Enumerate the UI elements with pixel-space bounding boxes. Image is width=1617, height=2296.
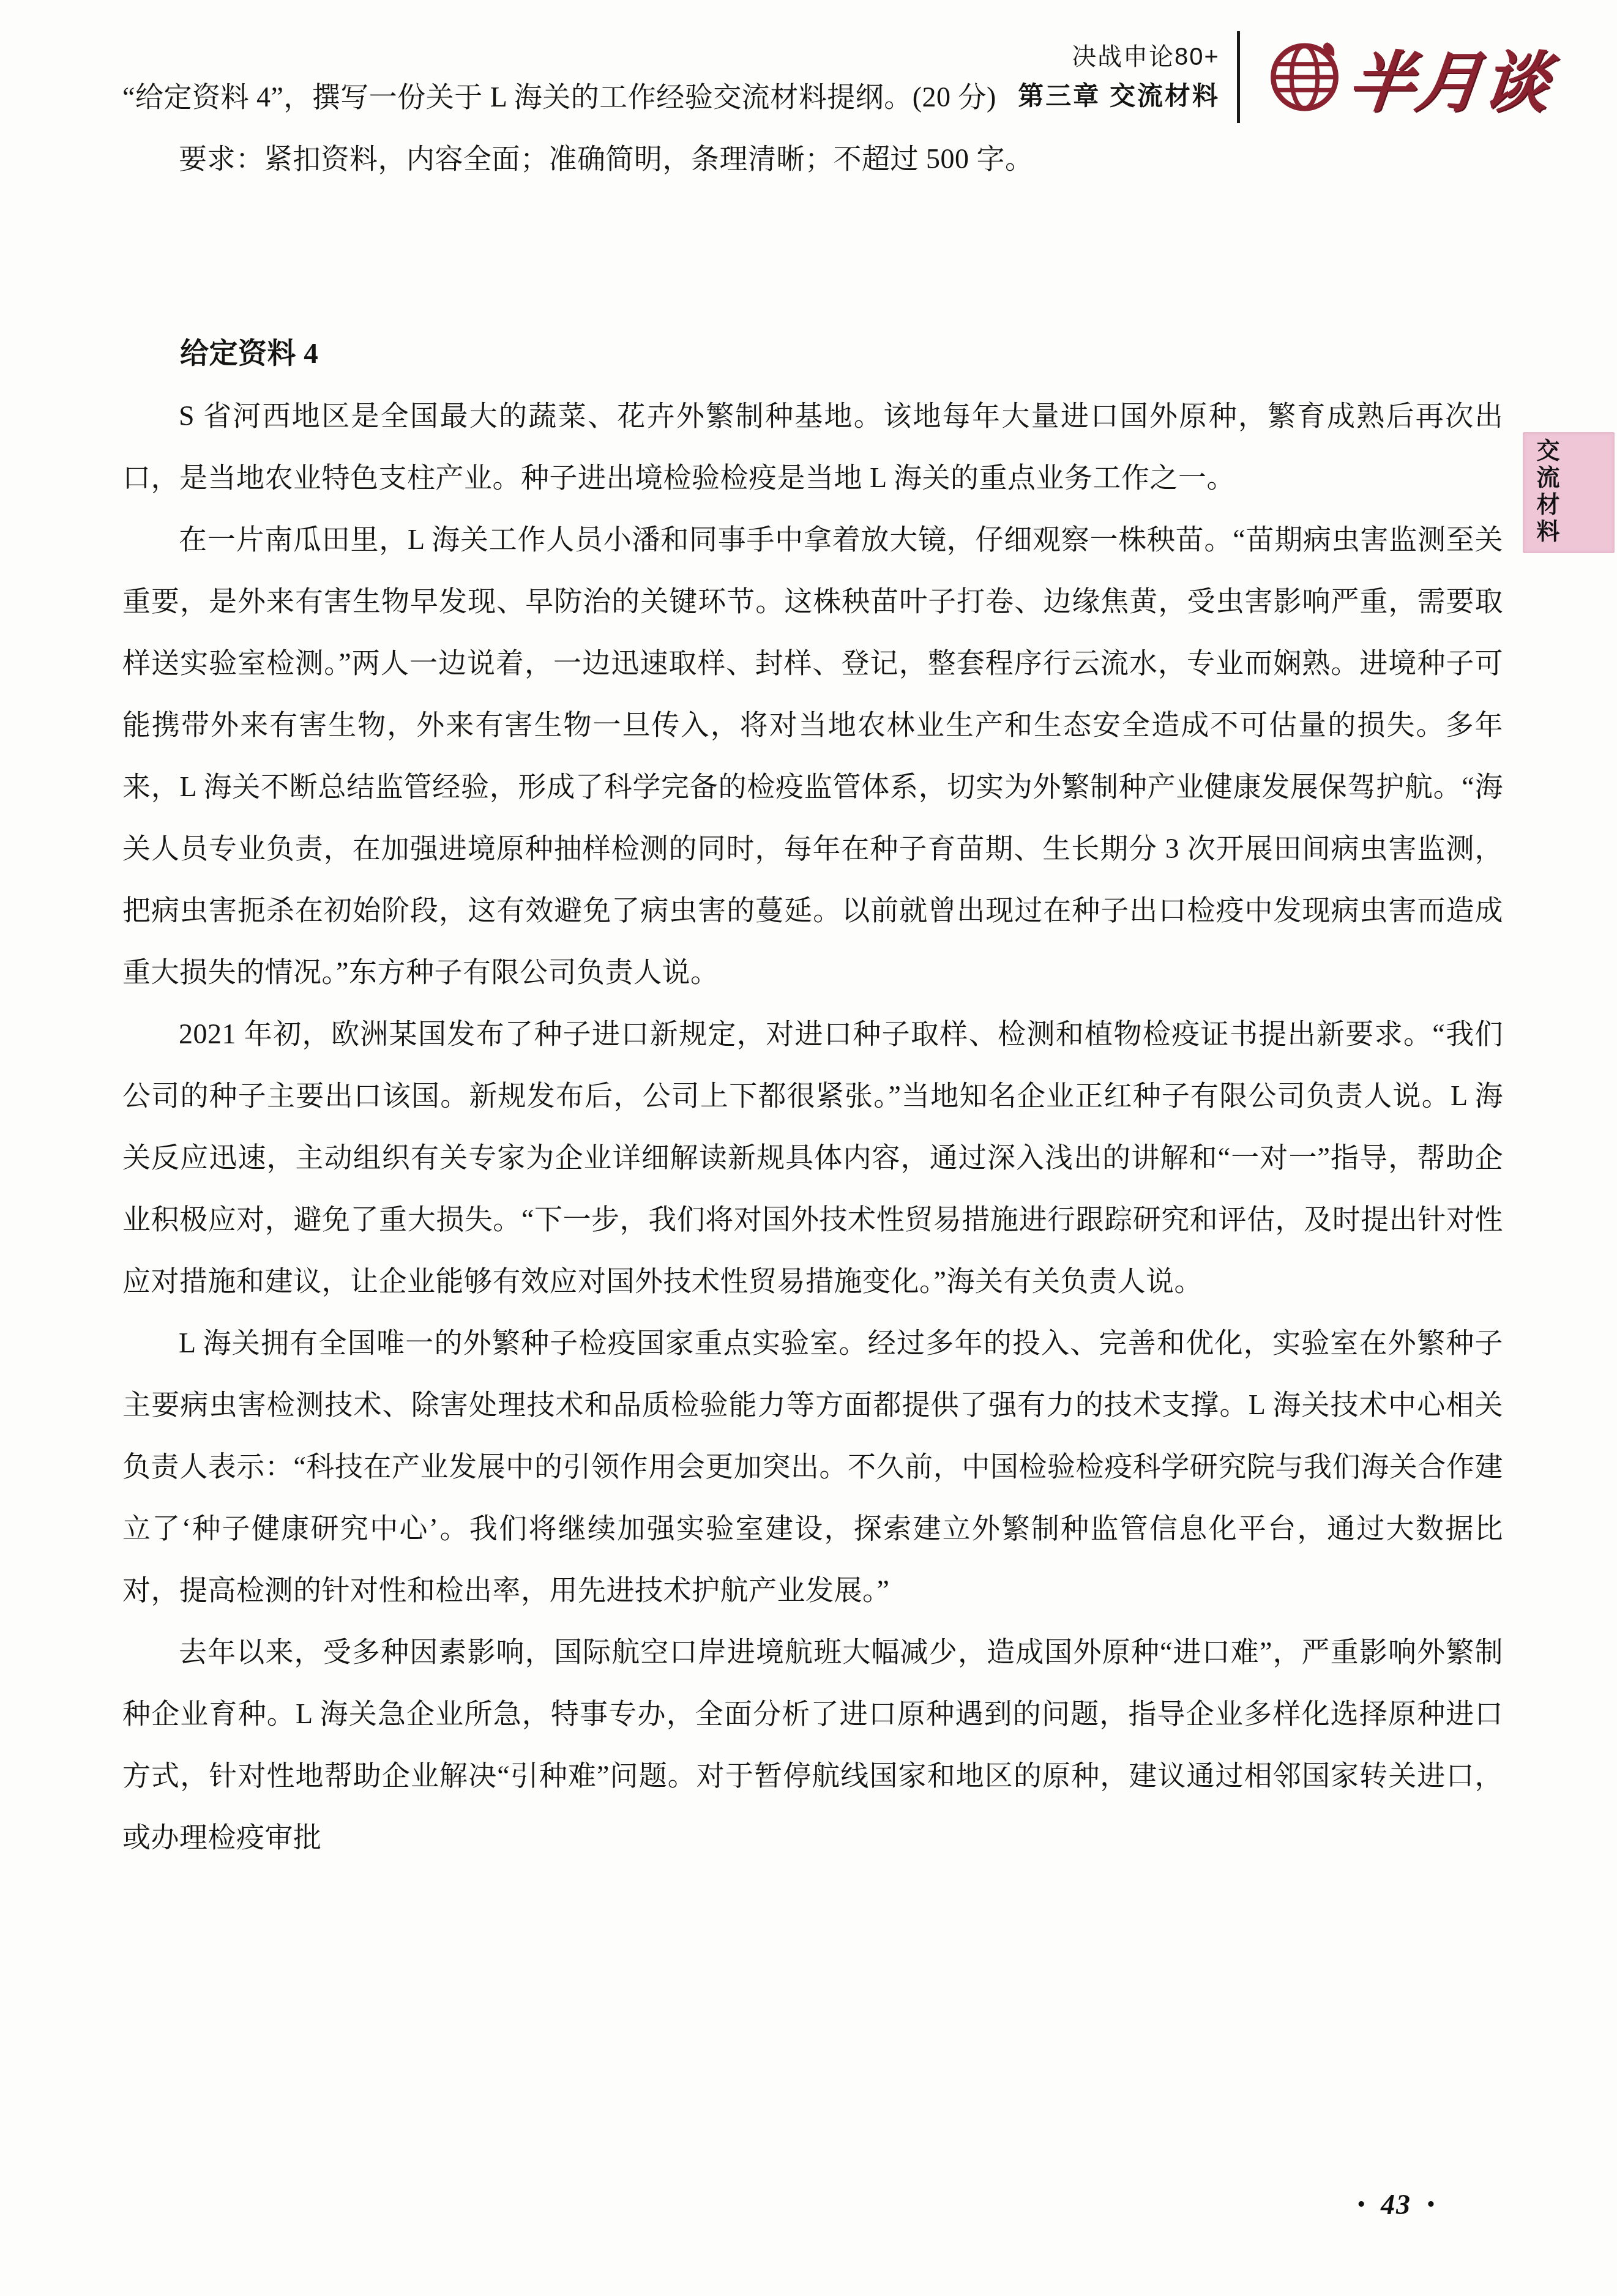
side-tab-label: 交流材料 bbox=[1534, 438, 1557, 546]
material-heading: 给定资料 4 bbox=[122, 323, 1503, 385]
page-number-dot-left: • bbox=[1357, 2194, 1365, 2215]
question-requirements: 要求：紧扣资料，内容全面；准确简明，条理清晰；不超过 500 字。 bbox=[122, 128, 1503, 190]
page-number: • 43 • bbox=[1342, 2188, 1451, 2221]
question-prompt: “给定资料 4”，撰写一份关于 L 海关的工作经验交流材料提纲。(20 分) bbox=[122, 66, 1503, 128]
side-tab: 交流材料 bbox=[1523, 432, 1615, 553]
page-number-dot-right: • bbox=[1427, 2194, 1435, 2215]
page-number-value: 43 bbox=[1381, 2188, 1411, 2221]
content-column: “给定资料 4”，撰写一份关于 L 海关的工作经验交流材料提纲。(20 分) 要… bbox=[122, 66, 1503, 1868]
material-body: S 省河西地区是全国最大的蔬菜、花卉外繁制种基地。该地每年大量进口国外原种，繁育… bbox=[122, 385, 1503, 1868]
document-page: 决战申论80+ 第三章 交流材料 半月谈 “给定资料 4”，撰写一份关于 L 海… bbox=[0, 0, 1617, 2296]
material-paragraph: 去年以来，受多种因素影响，国际航空口岸进境航班大幅减少，造成国外原种“进口难”，… bbox=[122, 1621, 1503, 1868]
material-paragraph: 2021 年初，欧洲某国发布了种子进口新规定，对进口种子取样、检测和植物检疫证书… bbox=[122, 1003, 1503, 1312]
material-paragraph: 在一片南瓜田里，L 海关工作人员小潘和同事手中拿着放大镜，仔细观察一株秧苗。“苗… bbox=[122, 509, 1503, 1003]
material-paragraph: L 海关拥有全国唯一的外繁种子检疫国家重点实验室。经过多年的投入、完善和优化，实… bbox=[122, 1312, 1503, 1621]
material-paragraph: S 省河西地区是全国最大的蔬菜、花卉外繁制种基地。该地每年大量进口国外原种，繁育… bbox=[122, 385, 1503, 509]
